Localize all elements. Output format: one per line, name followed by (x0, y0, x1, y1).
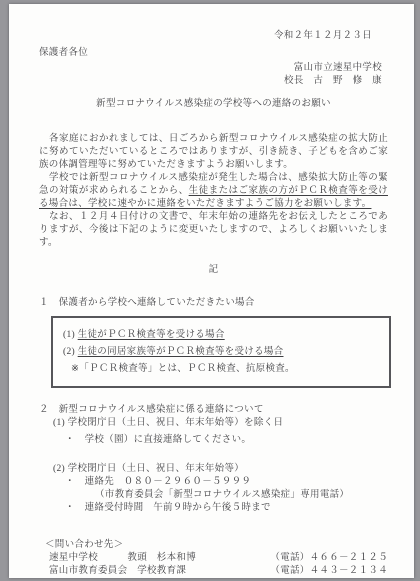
paragraph-household: 各家庭におかれましては、日ごろから新型コロナウイルス感染症の拡大防止に努めていた… (39, 133, 388, 172)
section2-heading: ２ 新型コロナウイルス感染症に係る連絡について (39, 404, 388, 417)
box-item-2-text: 生徒の同居家族等がＰＣＲ検査等を受ける場合 (78, 347, 284, 357)
phone-dedicated-line-note: （市教育委員会「新型コロナウイルス感染症」専用電話） (39, 489, 388, 502)
sender-organization: 富山市立速星中学校 (39, 62, 382, 75)
reception-hours-bullet: ・ 連絡受付時間 午前９時から午後５時まで (39, 502, 388, 515)
subsection-2-heading: (2) 学校閉庁日（土日、祝日、年末年始等） (39, 463, 388, 476)
box-note: ※「ＰＣＲ検査等」とは、ＰＣＲ検査、抗原検査。 (63, 361, 379, 378)
letter-content: 令和２年１２月２３日 保護者各位 富山市立速星中学校 校長 古 野 修 康 新型… (9, 4, 414, 578)
inquiry-board-phone: （電話）４４３－２１３４ (270, 565, 388, 578)
document-page: 令和２年１２月２３日 保護者各位 富山市立速星中学校 校長 古 野 修 康 新型… (9, 4, 414, 578)
inquiry-section: ＜問い合わせ先＞ 速星中学校 教頭 杉本和博 （電話）４６６－２１２５ 富山市教… (39, 539, 388, 578)
subsection-1-bullet: ・ 学校（園）に直接連絡してください。 (39, 434, 388, 447)
sender-principal-name: 校長 古 野 修 康 (39, 75, 382, 88)
section1-heading: １ 保護者から学校へ連絡していただきたい場合 (39, 297, 388, 310)
body-paragraphs: 各家庭におかれましては、日ごろから新型コロナウイルス感染症の拡大防止に努めていた… (39, 133, 388, 250)
document-title: 新型コロナウイルス感染症の学校等への連絡のお願い (39, 98, 388, 111)
inquiry-row-board: 富山市教育委員会 学校教育課 （電話）４４３－２１３４ (39, 565, 388, 578)
paragraph-school-notice: 学校では新型コロナウイルス感染症が発生した場合は、感染拡大防止等の緊急の対策が求… (39, 172, 388, 211)
box-item-1-text: 生徒がＰＣＲ検査等を受ける場合 (78, 330, 225, 340)
box-item-2-number: (2) (63, 347, 75, 357)
addressee: 保護者各位 (39, 47, 388, 60)
inquiry-heading: ＜問い合わせ先＞ (39, 539, 388, 552)
inquiry-row-school: 速星中学校 教頭 杉本和博 （電話）４６６－２１２５ (39, 552, 388, 565)
ki-marker: 記 (39, 264, 388, 277)
box-item-2: (2) 生徒の同居家族等がＰＣＲ検査等を受ける場合 (63, 344, 379, 361)
paragraph-revision: なお、１２月４日付けの文書で、年末年始の連絡先をお伝えしたところでありますが、今… (39, 211, 388, 250)
subsection-1-heading: (1) 学校閉庁日（土日、祝日、年末年始等）を除く日 (39, 417, 388, 430)
notice-box: (1) 生徒がＰＣＲ検査等を受ける場合 (2) 生徒の同居家族等がＰＣＲ検査等を… (51, 316, 391, 388)
inquiry-school-phone: （電話）４６６－２１２５ (270, 552, 388, 565)
box-item-1: (1) 生徒がＰＣＲ検査等を受ける場合 (63, 327, 379, 344)
contact-phone-bullet: ・ 連絡先 ０８０－２９６０－５９９９ (39, 476, 388, 489)
inquiry-school-name: 速星中学校 教頭 杉本和博 (49, 552, 270, 565)
sender-block: 富山市立速星中学校 校長 古 野 修 康 (39, 62, 388, 88)
box-item-1-number: (1) (63, 330, 75, 340)
date-line: 令和２年１２月２３日 (39, 30, 388, 43)
inquiry-board-name: 富山市教育委員会 学校教育課 (49, 565, 270, 578)
